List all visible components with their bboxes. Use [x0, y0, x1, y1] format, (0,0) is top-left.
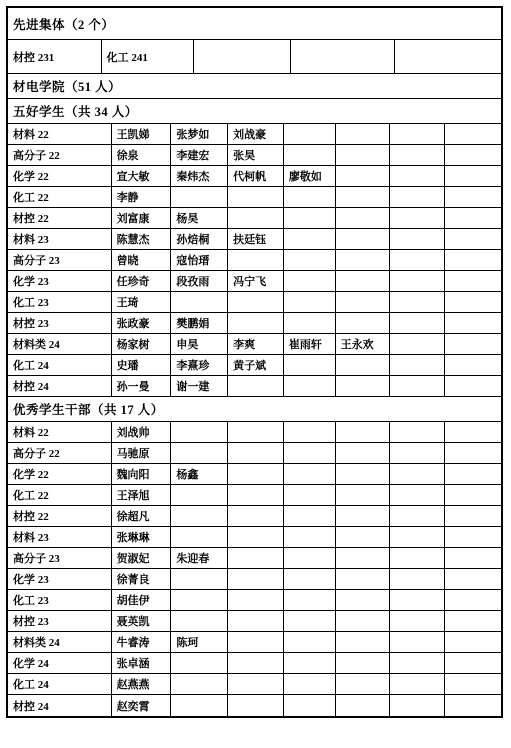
empty-cell: [390, 313, 445, 333]
student-name-cell: 樊鹏娟: [171, 313, 228, 333]
student-name-cell: 廖敬如: [284, 166, 336, 186]
empty-cell: [390, 548, 445, 568]
awards-table: 先进集体（2 个）材控 231化工 241材电学院（51 人）五好学生（共 34…: [6, 6, 503, 718]
empty-cell: [445, 464, 501, 484]
student-name-cell: 崔雨轩: [284, 334, 336, 354]
student-data-row: 化工 22王泽旭: [8, 485, 501, 506]
student-name-cell: 李静: [112, 187, 172, 207]
empty-cell: [445, 124, 501, 144]
student-name-cell: 魏向阳: [112, 464, 172, 484]
empty-cell: [284, 548, 336, 568]
student-name-cell: 王泽旭: [112, 485, 172, 505]
empty-cell: [171, 695, 228, 716]
student-data-row: 高分子 22徐泉李建宏张昊: [8, 145, 501, 166]
empty-cell: [228, 443, 284, 463]
empty-cell: [171, 187, 228, 207]
empty-cell: [228, 422, 284, 442]
empty-cell: [336, 674, 391, 694]
empty-cell: [228, 376, 284, 396]
empty-cell: [228, 632, 284, 652]
empty-cell: [445, 695, 501, 716]
student-name-cell: 李建宏: [171, 145, 228, 165]
empty-cell: [395, 40, 501, 73]
empty-cell: [171, 569, 228, 589]
student-name-cell: 孙焙桐: [171, 229, 228, 249]
class-label-cell: 化学 23: [8, 271, 112, 291]
empty-cell: [445, 229, 501, 249]
class-label-cell: 化学 23: [8, 569, 112, 589]
empty-cell: [228, 653, 284, 673]
student-name-cell: 胡佳伊: [112, 590, 172, 610]
empty-cell: [390, 569, 445, 589]
advanced-collective-row: 材控 231化工 241: [8, 40, 501, 74]
student-name-cell: 李爽: [228, 334, 284, 354]
empty-cell: [336, 464, 391, 484]
student-name-cell: 张昊: [228, 145, 284, 165]
empty-cell: [284, 355, 336, 375]
student-data-row: 材控 22刘富康杨昊: [8, 208, 501, 229]
section-header-row: 五好学生（共 34 人）: [8, 99, 501, 124]
empty-cell: [336, 653, 391, 673]
empty-cell: [284, 250, 336, 270]
student-name-cell: 孙一曼: [112, 376, 172, 396]
class-label-cell: 高分子 23: [8, 250, 112, 270]
student-name-cell: 杨家树: [112, 334, 172, 354]
student-name-cell: 杨昊: [171, 208, 228, 228]
empty-cell: [445, 376, 501, 396]
empty-cell: [445, 548, 501, 568]
empty-cell: [390, 145, 445, 165]
empty-cell: [445, 250, 501, 270]
student-name-cell: 王永欢: [336, 334, 391, 354]
class-label-cell: 化工 24: [8, 674, 112, 694]
student-name-cell: 王凯娣: [112, 124, 172, 144]
student-data-row: 化工 22李静: [8, 187, 501, 208]
empty-cell: [284, 376, 336, 396]
student-name-cell: 张政豪: [112, 313, 172, 333]
class-label-cell: 化工 22: [8, 187, 112, 207]
empty-cell: [228, 313, 284, 333]
empty-cell: [284, 208, 336, 228]
empty-cell: [445, 590, 501, 610]
empty-cell: [390, 422, 445, 442]
class-label-cell: 材控 23: [8, 313, 112, 333]
student-data-row: 化学 23徐菁良: [8, 569, 501, 590]
empty-cell: [228, 548, 284, 568]
empty-cell: [284, 464, 336, 484]
empty-cell: [171, 590, 228, 610]
student-name-cell: 赵奕霄: [112, 695, 172, 716]
student-name-cell: 聂英凯: [112, 611, 172, 631]
student-name-cell: 张卓涵: [112, 653, 172, 673]
student-data-row: 材料类 24杨家树申昊李爽崔雨轩王永欢: [8, 334, 501, 355]
class-label-cell: 材控 22: [8, 506, 112, 526]
student-name-cell: 秦炜杰: [171, 166, 228, 186]
empty-cell: [171, 653, 228, 673]
student-data-row: 高分子 23曾晓寇怡瑨: [8, 250, 501, 271]
student-data-row: 材料 22刘战帅: [8, 422, 501, 443]
empty-cell: [445, 611, 501, 631]
student-name-cell: 段孜雨: [171, 271, 228, 291]
empty-cell: [390, 653, 445, 673]
empty-cell: [336, 506, 391, 526]
student-name-cell: 杨鑫: [171, 464, 228, 484]
student-name-cell: 代柯帆: [228, 166, 284, 186]
empty-cell: [390, 271, 445, 291]
student-data-row: 材控 24孙一曼谢一建: [8, 376, 501, 397]
student-name-cell: 谢一建: [171, 376, 228, 396]
empty-cell: [445, 166, 501, 186]
student-data-row: 材控 24赵奕霄: [8, 695, 501, 716]
empty-cell: [445, 485, 501, 505]
advanced-collective-title-row: 先进集体（2 个）: [8, 8, 501, 40]
empty-cell: [390, 590, 445, 610]
empty-cell: [228, 506, 284, 526]
student-name-cell: 申昊: [171, 334, 228, 354]
empty-cell: [390, 250, 445, 270]
empty-cell: [445, 653, 501, 673]
empty-cell: [390, 506, 445, 526]
empty-cell: [284, 443, 336, 463]
class-label-cell: 材料类 24: [8, 334, 112, 354]
empty-cell: [390, 527, 445, 547]
empty-cell: [390, 674, 445, 694]
student-data-row: 化工 23王琦: [8, 292, 501, 313]
empty-cell: [336, 569, 391, 589]
empty-cell: [284, 485, 336, 505]
student-name-cell: 赵燕燕: [112, 674, 172, 694]
empty-cell: [171, 485, 228, 505]
student-data-row: 高分子 22马驰原: [8, 443, 501, 464]
student-name-cell: 扶廷钰: [228, 229, 284, 249]
empty-cell: [445, 569, 501, 589]
empty-cell: [284, 145, 336, 165]
empty-cell: [284, 653, 336, 673]
empty-cell: [445, 208, 501, 228]
student-name-cell: 张梦如: [171, 124, 228, 144]
empty-cell: [284, 569, 336, 589]
student-name-cell: 刘战豪: [228, 124, 284, 144]
student-name-cell: 陈慧杰: [112, 229, 172, 249]
student-name-cell: 徐超凡: [112, 506, 172, 526]
empty-cell: [228, 695, 284, 716]
student-data-row: 化学 22宣大敏秦炜杰代柯帆廖敬如: [8, 166, 501, 187]
document-page: 先进集体（2 个）材控 231化工 241材电学院（51 人）五好学生（共 34…: [0, 0, 511, 724]
section-header: 优秀学生干部（共 17 人）: [8, 397, 501, 421]
class-label-cell: 化学 24: [8, 653, 112, 673]
class-label-cell: 化学 22: [8, 464, 112, 484]
student-data-row: 高分子 23贺淑妃朱迎春: [8, 548, 501, 569]
empty-cell: [228, 590, 284, 610]
collective-name-cell: 材控 231: [8, 40, 102, 73]
empty-cell: [336, 611, 391, 631]
student-data-row: 材控 23张政豪樊鹏娟: [8, 313, 501, 334]
empty-cell: [390, 443, 445, 463]
empty-cell: [336, 355, 391, 375]
student-data-row: 材控 23聂英凯: [8, 611, 501, 632]
student-data-row: 化工 24赵燕燕: [8, 674, 501, 695]
class-label-cell: 高分子 22: [8, 443, 112, 463]
empty-cell: [390, 124, 445, 144]
student-name-cell: 黄子斌: [228, 355, 284, 375]
section-header-row: 优秀学生干部（共 17 人）: [8, 397, 501, 422]
section-header: 材电学院（51 人）: [8, 74, 501, 98]
empty-cell: [336, 166, 391, 186]
student-name-cell: 任珍奇: [112, 271, 172, 291]
empty-cell: [445, 187, 501, 207]
student-data-row: 化工 23胡佳伊: [8, 590, 501, 611]
empty-cell: [284, 506, 336, 526]
empty-cell: [228, 208, 284, 228]
student-data-row: 化学 24张卓涵: [8, 653, 501, 674]
empty-cell: [228, 674, 284, 694]
student-name-cell: 刘富康: [112, 208, 172, 228]
collective-name-cell: 化工 241: [102, 40, 195, 73]
empty-cell: [284, 527, 336, 547]
empty-cell: [445, 292, 501, 312]
student-data-row: 材控 22徐超凡: [8, 506, 501, 527]
empty-cell: [445, 334, 501, 354]
empty-cell: [390, 187, 445, 207]
class-label-cell: 材料 22: [8, 124, 112, 144]
student-name-cell: 牛睿涛: [112, 632, 172, 652]
empty-cell: [284, 695, 336, 716]
empty-cell: [390, 208, 445, 228]
student-name-cell: 刘战帅: [112, 422, 172, 442]
empty-cell: [171, 527, 228, 547]
student-name-cell: 贺淑妃: [112, 548, 172, 568]
empty-cell: [336, 443, 391, 463]
student-data-row: 化学 23任珍奇段孜雨冯宁飞: [8, 271, 501, 292]
student-data-row: 材料类 24牛睿涛陈珂: [8, 632, 501, 653]
student-data-row: 材料 23陈慧杰孙焙桐扶廷钰: [8, 229, 501, 250]
student-name-cell: 朱迎春: [171, 548, 228, 568]
empty-cell: [228, 464, 284, 484]
class-label-cell: 高分子 22: [8, 145, 112, 165]
class-label-cell: 材料类 24: [8, 632, 112, 652]
student-name-cell: 宣大敏: [112, 166, 172, 186]
empty-cell: [390, 611, 445, 631]
empty-cell: [390, 166, 445, 186]
section-header: 五好学生（共 34 人）: [8, 99, 501, 123]
student-name-cell: 王琦: [112, 292, 172, 312]
empty-cell: [336, 208, 391, 228]
empty-cell: [445, 313, 501, 333]
empty-cell: [194, 40, 291, 73]
empty-cell: [228, 611, 284, 631]
empty-cell: [445, 632, 501, 652]
empty-cell: [171, 292, 228, 312]
empty-cell: [336, 422, 391, 442]
empty-cell: [228, 569, 284, 589]
empty-cell: [336, 229, 391, 249]
empty-cell: [445, 271, 501, 291]
class-label-cell: 化工 23: [8, 292, 112, 312]
student-data-row: 化学 22魏向阳杨鑫: [8, 464, 501, 485]
empty-cell: [284, 611, 336, 631]
empty-cell: [336, 632, 391, 652]
empty-cell: [336, 548, 391, 568]
empty-cell: [336, 250, 391, 270]
empty-cell: [390, 485, 445, 505]
empty-cell: [336, 187, 391, 207]
empty-cell: [390, 229, 445, 249]
empty-cell: [336, 527, 391, 547]
class-label-cell: 化工 22: [8, 485, 112, 505]
empty-cell: [228, 485, 284, 505]
empty-cell: [336, 590, 391, 610]
class-label-cell: 材控 22: [8, 208, 112, 228]
empty-cell: [445, 145, 501, 165]
section-header-row: 材电学院（51 人）: [8, 74, 501, 99]
class-label-cell: 材控 24: [8, 695, 112, 716]
empty-cell: [336, 695, 391, 716]
empty-cell: [284, 313, 336, 333]
advanced-collective-title: 先进集体（2 个）: [8, 8, 501, 39]
empty-cell: [284, 674, 336, 694]
class-label-cell: 材控 23: [8, 611, 112, 631]
empty-cell: [284, 271, 336, 291]
class-label-cell: 材料 23: [8, 229, 112, 249]
student-name-cell: 冯宁飞: [228, 271, 284, 291]
empty-cell: [284, 632, 336, 652]
empty-cell: [171, 611, 228, 631]
class-label-cell: 材控 24: [8, 376, 112, 396]
empty-cell: [390, 376, 445, 396]
empty-cell: [228, 250, 284, 270]
empty-cell: [171, 674, 228, 694]
empty-cell: [336, 124, 391, 144]
student-data-row: 化工 24史璠李熹珍黄子斌: [8, 355, 501, 376]
student-name-cell: 徐菁良: [112, 569, 172, 589]
empty-cell: [284, 229, 336, 249]
empty-cell: [445, 527, 501, 547]
class-label-cell: 化工 24: [8, 355, 112, 375]
empty-cell: [291, 40, 396, 73]
empty-cell: [228, 292, 284, 312]
class-label-cell: 材料 23: [8, 527, 112, 547]
empty-cell: [171, 422, 228, 442]
empty-cell: [390, 292, 445, 312]
empty-cell: [390, 632, 445, 652]
empty-cell: [445, 422, 501, 442]
empty-cell: [171, 443, 228, 463]
student-name-cell: 李熹珍: [171, 355, 228, 375]
class-label-cell: 化学 22: [8, 166, 112, 186]
empty-cell: [284, 187, 336, 207]
empty-cell: [171, 506, 228, 526]
empty-cell: [390, 464, 445, 484]
empty-cell: [445, 674, 501, 694]
class-label-cell: 高分子 23: [8, 548, 112, 568]
empty-cell: [390, 355, 445, 375]
student-data-row: 材料 22王凯娣张梦如刘战豪: [8, 124, 501, 145]
student-data-row: 材料 23张琳琳: [8, 527, 501, 548]
empty-cell: [228, 187, 284, 207]
class-label-cell: 化工 23: [8, 590, 112, 610]
student-name-cell: 徐泉: [112, 145, 172, 165]
empty-cell: [445, 443, 501, 463]
empty-cell: [336, 292, 391, 312]
student-name-cell: 寇怡瑨: [171, 250, 228, 270]
empty-cell: [336, 485, 391, 505]
empty-cell: [336, 376, 391, 396]
student-name-cell: 陈珂: [171, 632, 228, 652]
empty-cell: [336, 145, 391, 165]
empty-cell: [390, 695, 445, 716]
student-name-cell: 史璠: [112, 355, 172, 375]
empty-cell: [336, 271, 391, 291]
empty-cell: [390, 334, 445, 354]
class-label-cell: 材料 22: [8, 422, 112, 442]
empty-cell: [284, 124, 336, 144]
student-name-cell: 张琳琳: [112, 527, 172, 547]
empty-cell: [445, 355, 501, 375]
empty-cell: [445, 506, 501, 526]
empty-cell: [228, 527, 284, 547]
empty-cell: [284, 292, 336, 312]
empty-cell: [284, 422, 336, 442]
student-name-cell: 曾晓: [112, 250, 172, 270]
empty-cell: [336, 313, 391, 333]
student-name-cell: 马驰原: [112, 443, 172, 463]
empty-cell: [284, 590, 336, 610]
